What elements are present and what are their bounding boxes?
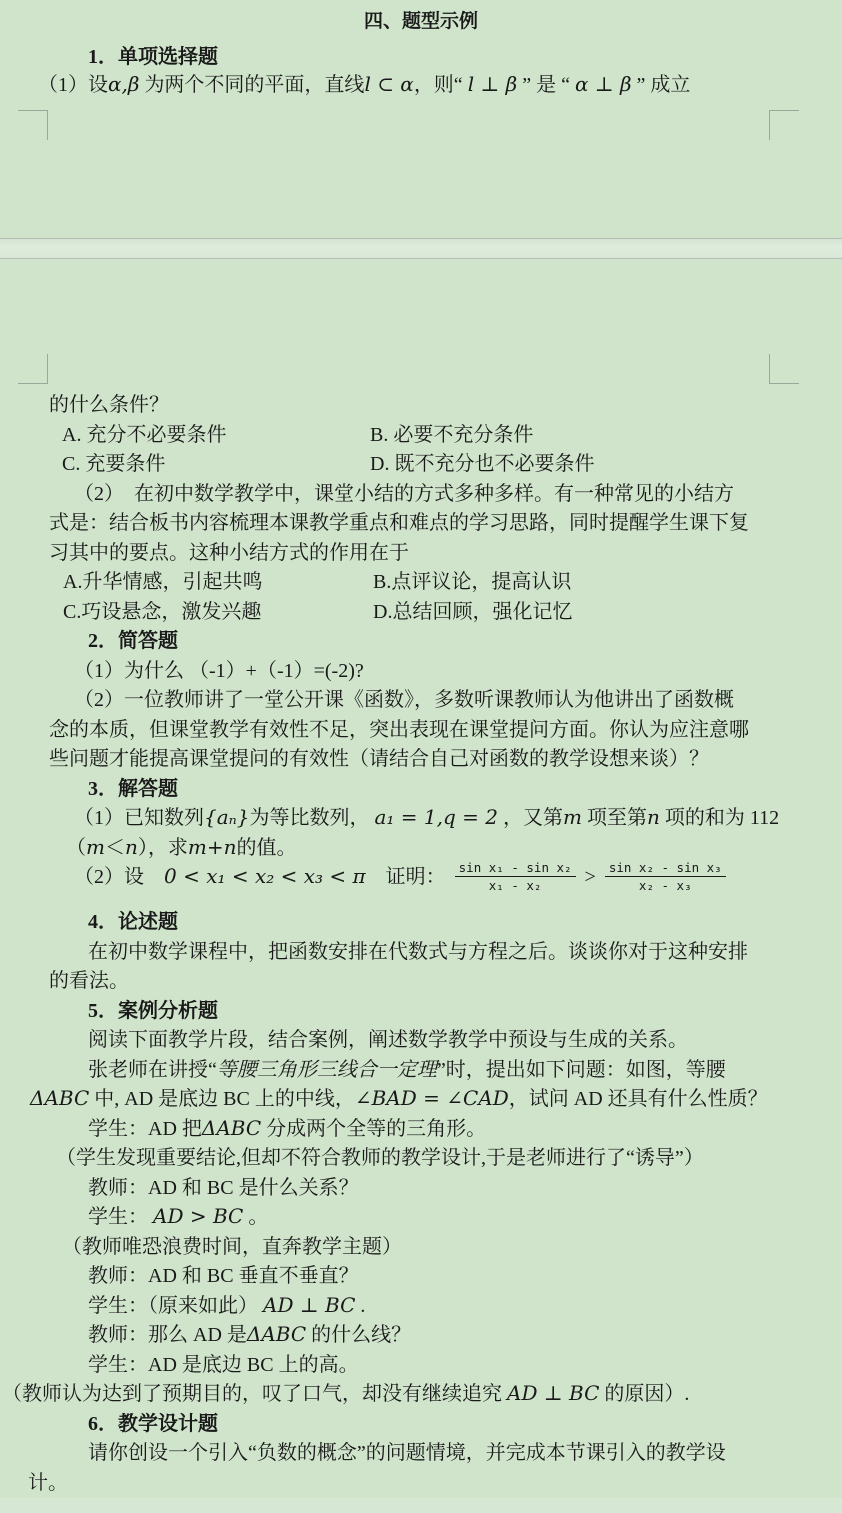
- math-segment: ∠BAD = ∠CAD: [355, 1086, 509, 1110]
- text-segment: 请你创设一个引入“负数的概念”的问题情境，并完成本节课引入的教学设: [88, 1442, 726, 1464]
- text-segment: ”时，提出如下问题：如图，等腰: [437, 1059, 726, 1081]
- text-segment: （1）为什么 （-1）+（-1）=(-2)?: [74, 660, 364, 682]
- text-line: 2．简答题: [0, 624, 842, 654]
- text-segment: 学生：AD 是底边 BC 上的高。: [88, 1354, 359, 1376]
- text-segment: （2）一位教师讲了一堂公开课《函数》，多数听课教师认为他讲出了函数概: [74, 689, 734, 711]
- text-segment: 学生：: [88, 1206, 153, 1228]
- math-segment: l ⊂ α: [364, 72, 413, 96]
- text-line: （学生发现重要结论,但却不符合教师的教学设计,于是老师进行了“诱导”）: [0, 1141, 842, 1171]
- math-segment: AD ⊥ BC: [507, 1381, 599, 1405]
- text-line: 学生：AD 是底边 BC 上的高。: [0, 1348, 842, 1378]
- text-line: 教师：那么 AD 是ΔABC 的什么线？: [0, 1318, 842, 1348]
- math-segment: m: [563, 805, 582, 829]
- math-segment: ΔABC: [202, 1116, 261, 1140]
- text-line: （1）为什么 （-1）+（-1）=(-2)?: [0, 654, 842, 684]
- math-fraction: sin x₁ - sin x₂x₁ - x₂: [455, 860, 576, 893]
- text-line: 习其中的要点。这种小结方式的作用在于: [0, 536, 842, 566]
- text-segment: 教师：AD 和 BC 垂直不垂直？: [88, 1265, 359, 1287]
- text-segment: （教师唯恐浪费时间，直奔教学主题）: [62, 1236, 402, 1258]
- text-line: 学生：（原来如此） AD ⊥ BC .: [0, 1289, 842, 1319]
- text-line: 学生：AD 把ΔABC 分成两个全等的三角形。: [0, 1112, 842, 1142]
- text-segment: ，试问 AD 还具有什么性质？: [509, 1088, 768, 1110]
- text-segment: B.点评议论，提高认识: [373, 565, 571, 594]
- text-segment: 项的和为 112: [660, 807, 779, 829]
- text-segment: （学生发现重要结论,但却不符合教师的教学设计,于是老师进行了“诱导”）: [56, 1147, 704, 1169]
- text-segment: 的值。: [236, 837, 296, 859]
- text-line: 6．教学设计题: [0, 1407, 842, 1437]
- text-segment: .: [355, 1295, 365, 1317]
- math-segment: AD > BC: [153, 1204, 243, 1228]
- text-line: 教师：AD 和 BC 垂直不垂直？: [0, 1259, 842, 1289]
- text-line: （1）设α,β 为两个不同的平面，直线l ⊂ α，则“ l ⊥ β ” 是 “ …: [0, 68, 842, 98]
- text-segment: 在初中数学课程中，把函数安排在代数式与方程之后。谈谈你对于这种安排: [88, 941, 748, 963]
- text-segment: >: [580, 866, 601, 888]
- text-line: 4．论述题: [0, 905, 842, 935]
- math-segment: n: [647, 805, 660, 829]
- text-segment: ，则“: [414, 74, 468, 96]
- text-line: 请你创设一个引入“负数的概念”的问题情境，并完成本节课引入的教学设: [0, 1436, 842, 1466]
- text-segment: 的看法。: [49, 970, 129, 992]
- text-segment: ，又第: [498, 807, 563, 829]
- text-line: （2）一位教师讲了一堂公开课《函数》，多数听课教师认为他讲出了函数概: [0, 683, 842, 713]
- text-segment: （教师认为达到了预期目的，叹了口气，却没有继续追究: [2, 1383, 507, 1405]
- text-segment: 式是：结合板书内容梳理本课教学重点和难点的学习思路，同时提醒学生课下复: [49, 512, 749, 534]
- text-segment: C. 充要条件: [62, 453, 165, 475]
- text-segment: 3．解答题: [88, 778, 178, 800]
- text-segment: （1）设: [38, 74, 108, 96]
- text-segment: 些问题才能提高课堂提问的有效性（请结合自己对函数的教学设想来谈）？: [49, 748, 709, 770]
- text-line: 计。: [0, 1466, 842, 1496]
- text-line: 在初中数学课程中，把函数安排在代数式与方程之后。谈谈你对于这种安排: [0, 935, 842, 965]
- text-segment: 分成两个全等的三角形。: [261, 1118, 486, 1140]
- math-segment: ΔABC: [247, 1322, 306, 1346]
- text-line: （1）已知数列{aₙ}为等比数列， a₁ = 1,q = 2 ，又第m 项至第n…: [0, 801, 842, 831]
- text-segment: （2） 在初中数学教学中，课堂小结的方式多种多样。有一种常见的小结方: [74, 483, 734, 505]
- text-segment: ” 是 “: [517, 74, 575, 96]
- text-line: 的看法。: [0, 964, 842, 994]
- text-line: 念的本质，但课堂教学有效性不足，突出表现在课堂提问方面。你认为应注意哪: [0, 713, 842, 743]
- text-segment: 教师：那么 AD 是: [88, 1324, 247, 1346]
- text-segment: 学生：（原来如此）: [88, 1295, 263, 1317]
- text-line: 四、题型示例: [0, 6, 842, 40]
- text-segment: （: [66, 837, 86, 859]
- math-segment: AD ⊥ BC: [263, 1293, 355, 1317]
- bottom-edge-strip: [0, 1498, 842, 1513]
- text-line: 1．单项选择题: [0, 40, 842, 68]
- text-line: （2） 在初中数学教学中，课堂小结的方式多种多样。有一种常见的小结方: [0, 477, 842, 507]
- text-segment: 计。: [28, 1472, 68, 1494]
- text-segment: 的什么线？: [306, 1324, 411, 1346]
- text-segment: A.升华情感，引起共鸣: [63, 571, 262, 593]
- text-segment: 4．论述题: [88, 911, 178, 933]
- text-segment: （1）已知数列: [74, 807, 204, 829]
- math-segment: l ⊥ β: [468, 72, 517, 96]
- text-line: 3．解答题: [0, 772, 842, 802]
- text-segment: 习其中的要点。这种小结方式的作用在于: [49, 542, 409, 564]
- text-segment: 1．单项选择题: [88, 46, 218, 68]
- text-line: （教师认为达到了预期目的，叹了口气，却没有继续追究 AD ⊥ BC 的原因）.: [0, 1377, 842, 1407]
- text-segment: 6．教学设计题: [88, 1413, 218, 1435]
- document-page-1: 四、题型示例1．单项选择题（1）设α,β 为两个不同的平面，直线l ⊂ α，则“…: [0, 6, 842, 98]
- text-boundary-mark-bottom-left: [18, 110, 48, 140]
- text-line: 学生： AD > BC 。: [0, 1200, 842, 1230]
- text-segment: （2）设: [74, 866, 164, 888]
- math-segment: a₁ = 1,q = 2: [374, 805, 498, 829]
- text-segment: 2．简答题: [88, 630, 178, 652]
- text-line: 些问题才能提高课堂提问的有效性（请结合自己对函数的教学设想来谈）？: [0, 742, 842, 772]
- text-boundary-mark-top-right: [769, 354, 799, 384]
- text-segment: 阅读下面教学片段，结合案例，阐述数学教学中预设与生成的关系。: [88, 1029, 688, 1051]
- text-line: A. 充分不必要条件B. 必要不充分条件: [0, 418, 842, 448]
- text-segment: ” 成立: [632, 74, 691, 96]
- text-line: 教师：AD 和 BC 是什么关系？: [0, 1171, 842, 1201]
- text-line: 的什么条件？: [0, 388, 842, 418]
- text-segment: 念的本质，但课堂教学有效性不足，突出表现在课堂提问方面。你认为应注意哪: [49, 719, 749, 741]
- text-segment: A. 充分不必要条件: [62, 424, 226, 446]
- text-segment: 的什么条件？: [49, 394, 169, 416]
- text-segment: D.总结回顾，强化记忆: [373, 595, 572, 624]
- text-segment: D. 既不充分也不必要条件: [370, 447, 594, 476]
- text-segment: 四、题型示例: [364, 11, 478, 32]
- math-fraction: sin x₂ - sin x₃x₂ - x₃: [605, 860, 726, 893]
- text-line: （教师唯恐浪费时间，直奔教学主题）: [0, 1230, 842, 1260]
- text-line: 阅读下面教学片段，结合案例，阐述数学教学中预设与生成的关系。: [0, 1023, 842, 1053]
- text-segment: 中, AD 是底边 BC 上的中线，: [89, 1088, 355, 1110]
- text-line: C.巧设悬念，激发兴趣D.总结回顾，强化记忆: [0, 595, 842, 625]
- page-break-band: [0, 238, 842, 259]
- text-segment: ＜: [105, 837, 125, 859]
- text-segment: ），求: [138, 837, 188, 859]
- text-line: （2）设 0 < x₁ < x₂ < x₃ < π 证明： sin x₁ - s…: [0, 860, 842, 905]
- math-segment: {aₙ}: [204, 805, 249, 829]
- text-segment: 项至第: [582, 807, 647, 829]
- text-segment: 为两个不同的平面，直线: [139, 74, 364, 96]
- text-boundary-mark-top-left: [18, 354, 48, 384]
- text-segment: 。: [243, 1206, 268, 1228]
- text-segment: 的原因）.: [599, 1383, 689, 1405]
- text-segment: B. 必要不充分条件: [370, 418, 533, 447]
- text-segment: 5．案例分析题: [88, 1000, 218, 1022]
- math-segment: m+n: [188, 835, 237, 859]
- math-segment: n: [125, 835, 138, 859]
- text-line: （m＜n），求m+n的值。: [0, 831, 842, 861]
- text-line: C. 充要条件D. 既不充分也不必要条件: [0, 447, 842, 477]
- text-line: 式是：结合板书内容梳理本课教学重点和难点的学习思路，同时提醒学生课下复: [0, 506, 842, 536]
- text-segment: C.巧设悬念，激发兴趣: [63, 601, 261, 623]
- text-boundary-mark-bottom-right: [769, 110, 799, 140]
- text-line: 5．案例分析题: [0, 994, 842, 1024]
- math-segment: α,β: [108, 72, 139, 96]
- math-segment: α ⊥ β: [575, 72, 632, 96]
- text-segment: 学生：AD 把: [88, 1118, 202, 1140]
- math-segment: 0 < x₁ < x₂ < x₃ < π: [164, 864, 366, 888]
- text-line: 张老师在讲授“等腰三角形三线合一定理”时，提出如下问题：如图，等腰: [0, 1053, 842, 1083]
- math-segment: ΔABC: [30, 1086, 89, 1110]
- text-line: A.升华情感，引起共鸣B.点评议论，提高认识: [0, 565, 842, 595]
- text-segment: 证明：: [366, 866, 451, 888]
- document-page-2: 的什么条件？A. 充分不必要条件B. 必要不充分条件C. 充要条件D. 既不充分…: [0, 388, 842, 1495]
- math-segment: 等腰三角形三线合一定理: [217, 1057, 437, 1081]
- text-line: ΔABC 中, AD 是底边 BC 上的中线，∠BAD = ∠CAD，试问 AD…: [0, 1082, 842, 1112]
- text-segment: 张老师在讲授“: [88, 1059, 217, 1081]
- text-segment: 为等比数列，: [249, 807, 374, 829]
- text-segment: 教师：AD 和 BC 是什么关系？: [88, 1177, 359, 1199]
- document-canvas: 四、题型示例1．单项选择题（1）设α,β 为两个不同的平面，直线l ⊂ α，则“…: [0, 0, 842, 1513]
- math-segment: m: [86, 835, 105, 859]
